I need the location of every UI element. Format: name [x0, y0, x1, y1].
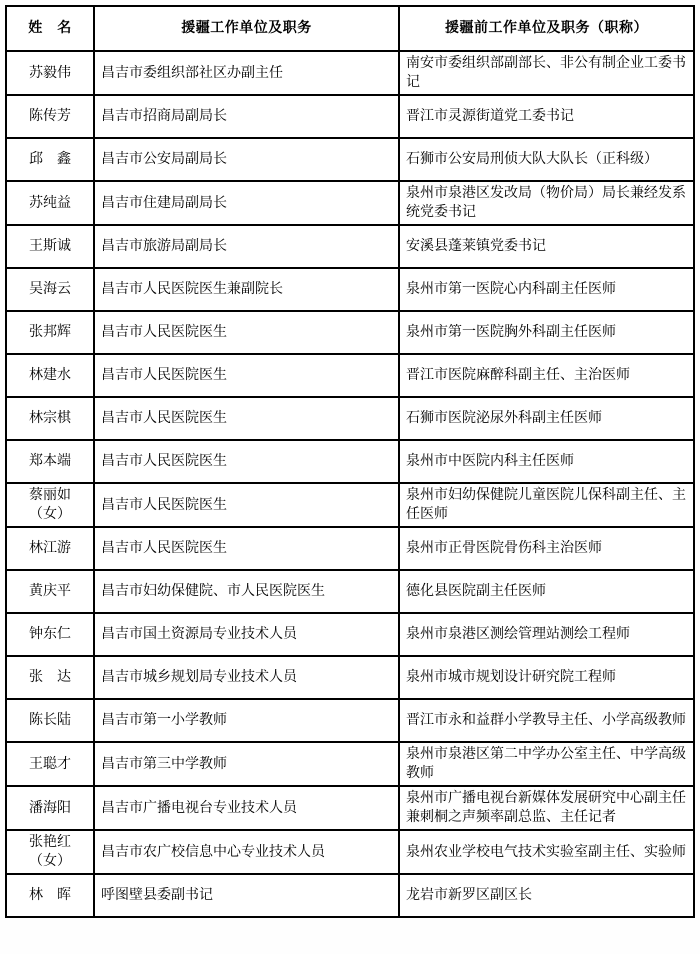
name-cell: 王斯诚 — [6, 225, 94, 268]
table-row: 钟东仁 昌吉市国土资源局专业技术人员 泉州市泉港区测绘管理站测绘工程师 — [6, 613, 694, 656]
current-post-cell: 昌吉市人民医院医生兼副院长 — [94, 268, 399, 311]
name-cell: 郑本端 — [6, 440, 94, 483]
table-row: 林建水 昌吉市人民医院医生 晋江市医院麻醉科副主任、主治医师 — [6, 354, 694, 397]
table-row: 苏纯益 昌吉市住建局副局长 泉州市泉港区发改局（物价局）局长兼经发系统党委书记 — [6, 181, 694, 225]
name-cell: 吴海云 — [6, 268, 94, 311]
name-cell: 张邦辉 — [6, 311, 94, 354]
previous-post-cell: 晋江市医院麻醉科副主任、主治医师 — [399, 354, 694, 397]
previous-post-cell: 泉州市中医院内科主任医师 — [399, 440, 694, 483]
name-cell: 苏纯益 — [6, 181, 94, 225]
table-row: 黄庆平 昌吉市妇幼保健院、市人民医院医生 德化县医院副主任医师 — [6, 570, 694, 613]
current-post-cell: 昌吉市人民医院医生 — [94, 311, 399, 354]
current-post-cell: 昌吉市农广校信息中心专业技术人员 — [94, 830, 399, 874]
col-header-name: 姓 名 — [6, 6, 94, 51]
current-post-cell: 昌吉市广播电视台专业技术人员 — [94, 786, 399, 830]
name-cell: 邱 鑫 — [6, 138, 94, 181]
name-cell: 王聪才 — [6, 742, 94, 786]
table-row: 林江游 昌吉市人民医院医生 泉州市正骨医院骨伤科主治医师 — [6, 527, 694, 570]
name-cell: 林宗棋 — [6, 397, 94, 440]
table-row: 王聪才 昌吉市第三中学教师 泉州市泉港区第二中学办公室主任、中学高级教师 — [6, 742, 694, 786]
header-row: 姓 名 援疆工作单位及职务 援疆前工作单位及职务（职称） — [6, 6, 694, 51]
previous-post-cell: 泉州市第一医院胸外科副主任医师 — [399, 311, 694, 354]
previous-post-cell: 石狮市公安局刑侦大队大队长（正科级） — [399, 138, 694, 181]
name-cell: 林江游 — [6, 527, 94, 570]
name-cell: 张艳红 （女） — [6, 830, 94, 874]
personnel-assignment-table: 姓 名 援疆工作单位及职务 援疆前工作单位及职务（职称） 苏毅伟 昌吉市委组织部… — [5, 5, 695, 918]
name-cell: 黄庆平 — [6, 570, 94, 613]
table-row: 郑本端 昌吉市人民医院医生 泉州市中医院内科主任医师 — [6, 440, 694, 483]
table-row: 张 达 昌吉市城乡规划局专业技术人员 泉州市城市规划设计研究院工程师 — [6, 656, 694, 699]
previous-post-cell: 泉州市泉港区第二中学办公室主任、中学高级教师 — [399, 742, 694, 786]
previous-post-cell: 泉州市广播电视台新媒体发展研究中心副主任兼刺桐之声频率副总监、主任记者 — [399, 786, 694, 830]
table-row: 陈传芳 昌吉市招商局副局长 晋江市灵源街道党工委书记 — [6, 95, 694, 138]
previous-post-cell: 德化县医院副主任医师 — [399, 570, 694, 613]
previous-post-cell: 安溪县蓬莱镇党委书记 — [399, 225, 694, 268]
previous-post-cell: 泉州市泉港区测绘管理站测绘工程师 — [399, 613, 694, 656]
col-header-current-post: 援疆工作单位及职务 — [94, 6, 399, 51]
name-cell: 潘海阳 — [6, 786, 94, 830]
name-cell: 林建水 — [6, 354, 94, 397]
table-row: 陈长陆 昌吉市第一小学教师 晋江市永和益群小学教导主任、小学高级教师 — [6, 699, 694, 742]
name-cell: 林 晖 — [6, 874, 94, 917]
current-post-cell: 昌吉市第三中学教师 — [94, 742, 399, 786]
previous-post-cell: 泉州市城市规划设计研究院工程师 — [399, 656, 694, 699]
table-row: 吴海云 昌吉市人民医院医生兼副院长 泉州市第一医院心内科副主任医师 — [6, 268, 694, 311]
current-post-cell: 昌吉市人民医院医生 — [94, 527, 399, 570]
current-post-cell: 昌吉市委组织部社区办副主任 — [94, 51, 399, 95]
name-cell: 钟东仁 — [6, 613, 94, 656]
current-post-cell: 昌吉市人民医院医生 — [94, 483, 399, 527]
table-row: 蔡丽如 （女） 昌吉市人民医院医生 泉州市妇幼保健院儿童医院儿保科副主任、主任医… — [6, 483, 694, 527]
name-cell: 陈长陆 — [6, 699, 94, 742]
previous-post-cell: 泉州市妇幼保健院儿童医院儿保科副主任、主任医师 — [399, 483, 694, 527]
current-post-cell: 昌吉市公安局副局长 — [94, 138, 399, 181]
name-cell: 张 达 — [6, 656, 94, 699]
current-post-cell: 昌吉市第一小学教师 — [94, 699, 399, 742]
name-cell: 苏毅伟 — [6, 51, 94, 95]
current-post-cell: 昌吉市人民医院医生 — [94, 354, 399, 397]
current-post-cell: 昌吉市妇幼保健院、市人民医院医生 — [94, 570, 399, 613]
table-row: 林宗棋 昌吉市人民医院医生 石狮市医院泌尿外科副主任医师 — [6, 397, 694, 440]
table-row: 张邦辉 昌吉市人民医院医生 泉州市第一医院胸外科副主任医师 — [6, 311, 694, 354]
current-post-cell: 昌吉市人民医院医生 — [94, 440, 399, 483]
table-row: 林 晖 呼图壁县委副书记 龙岩市新罗区副区长 — [6, 874, 694, 917]
current-post-cell: 呼图壁县委副书记 — [94, 874, 399, 917]
previous-post-cell: 晋江市灵源街道党工委书记 — [399, 95, 694, 138]
current-post-cell: 昌吉市住建局副局长 — [94, 181, 399, 225]
col-header-previous-post: 援疆前工作单位及职务（职称） — [399, 6, 694, 51]
previous-post-cell: 泉州市泉港区发改局（物价局）局长兼经发系统党委书记 — [399, 181, 694, 225]
table-row: 邱 鑫 昌吉市公安局副局长 石狮市公安局刑侦大队大队长（正科级） — [6, 138, 694, 181]
current-post-cell: 昌吉市人民医院医生 — [94, 397, 399, 440]
previous-post-cell: 泉州市正骨医院骨伤科主治医师 — [399, 527, 694, 570]
previous-post-cell: 南安市委组织部副部长、非公有制企业工委书记 — [399, 51, 694, 95]
name-cell: 陈传芳 — [6, 95, 94, 138]
previous-post-cell: 石狮市医院泌尿外科副主任医师 — [399, 397, 694, 440]
previous-post-cell: 晋江市永和益群小学教导主任、小学高级教师 — [399, 699, 694, 742]
table-row: 张艳红 （女） 昌吉市农广校信息中心专业技术人员 泉州农业学校电气技术实验室副主… — [6, 830, 694, 874]
previous-post-cell: 泉州市第一医院心内科副主任医师 — [399, 268, 694, 311]
current-post-cell: 昌吉市城乡规划局专业技术人员 — [94, 656, 399, 699]
table-row: 潘海阳 昌吉市广播电视台专业技术人员 泉州市广播电视台新媒体发展研究中心副主任兼… — [6, 786, 694, 830]
name-cell: 蔡丽如 （女） — [6, 483, 94, 527]
current-post-cell: 昌吉市旅游局副局长 — [94, 225, 399, 268]
previous-post-cell: 龙岩市新罗区副区长 — [399, 874, 694, 917]
scanned-document-page: 姓 名 援疆工作单位及职务 援疆前工作单位及职务（职称） 苏毅伟 昌吉市委组织部… — [0, 0, 700, 954]
current-post-cell: 昌吉市国土资源局专业技术人员 — [94, 613, 399, 656]
current-post-cell: 昌吉市招商局副局长 — [94, 95, 399, 138]
table-row: 苏毅伟 昌吉市委组织部社区办副主任 南安市委组织部副部长、非公有制企业工委书记 — [6, 51, 694, 95]
table-row: 王斯诚 昌吉市旅游局副局长 安溪县蓬莱镇党委书记 — [6, 225, 694, 268]
previous-post-cell: 泉州农业学校电气技术实验室副主任、实验师 — [399, 830, 694, 874]
